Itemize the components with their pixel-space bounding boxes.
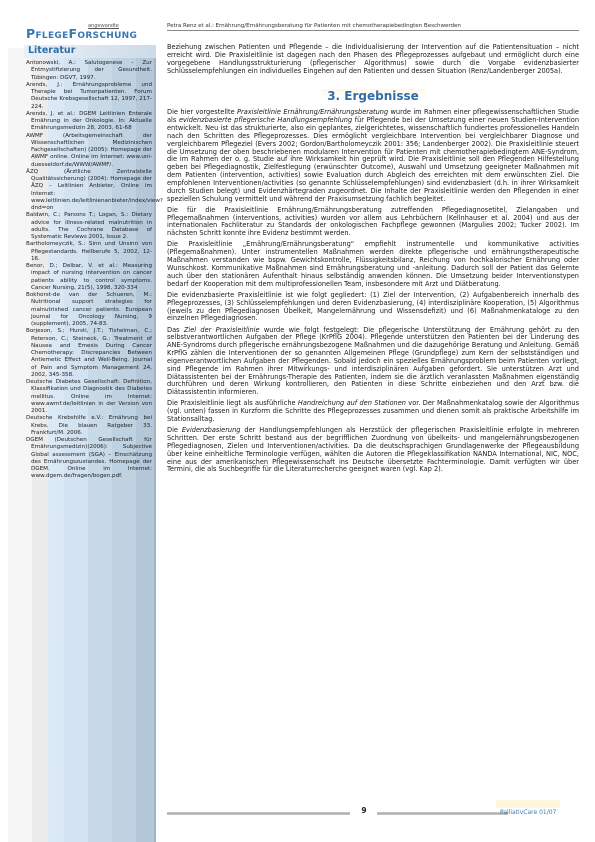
- brand-superscript: angewandte: [88, 23, 119, 29]
- paragraph: Die Praxisleitlinie „Ernährung/Ernährung…: [167, 241, 579, 288]
- text-run: Das: [167, 326, 184, 334]
- intro-paragraph: Beziehung zwischen Patienten und Pflegen…: [167, 44, 579, 75]
- reference-item: Deutsche Diabetes Gesellschaft: Definiti…: [26, 379, 152, 415]
- footer-rule-left: [167, 812, 350, 815]
- footer-rule-right: [377, 812, 508, 815]
- reference-item: Bartholomeyczik, S.: Sinn und Unsinn von…: [26, 241, 152, 263]
- reference-item: ÄZQ (Ärztliche Zentralstelle Qualitätssi…: [26, 169, 152, 213]
- paragraph: Die hier vorgestellte Praxisleitlinie Er…: [167, 109, 579, 203]
- emphasis: Praxisleitlinie Ernährung/Ernährungsbera…: [237, 108, 388, 116]
- running-head: Petra Renz et al.: Ernährung/Ernährungsb…: [167, 23, 579, 31]
- reference-item: AWMF (Arbeitsgemeinschaft der Wissenscha…: [26, 133, 152, 169]
- issue-tag-background: [496, 800, 560, 808]
- main-text: Beziehung zwischen Patienten und Pflegen…: [167, 44, 579, 478]
- reference-item: Arends, J.: Ernährungsprobleme und Thera…: [26, 82, 152, 111]
- literature-heading: Literatur: [28, 45, 75, 56]
- reference-item: DGEM (Deutschen Gesellschaft für Ernähru…: [26, 437, 152, 481]
- section-heading-text: 3. Ergebnisse: [321, 89, 425, 103]
- emphasis: Handreichung auf den Stationen: [298, 399, 406, 407]
- text-run: für Pflegende bei der Umsetzung einer ne…: [167, 116, 579, 202]
- reference-item: Benor, D.; Delbar, V. et al.: Measuring …: [26, 263, 152, 292]
- section-heading: 3. Ergebnisse: [167, 89, 579, 103]
- text-run: Die hier vorgestellte: [167, 108, 237, 116]
- issue-tag: PalliativCare 01/07: [500, 809, 556, 816]
- paragraph: Die evidenzbasierte Praxisleitlinie ist …: [167, 292, 579, 323]
- paragraph: Das Ziel der Praxisleitlinie wurde wie f…: [167, 327, 579, 398]
- journal-brand: angewandte PflegeForschung: [26, 26, 160, 41]
- paragraph: Die Praxisleitlinie liegt als ausführlic…: [167, 400, 579, 424]
- text-run: Die Praxisleitlinie liegt als ausführlic…: [167, 399, 298, 407]
- emphasis: Ziel der Praxisleitlinie: [184, 326, 260, 334]
- text-run: der Handlungsempfehlungen als Herzstück …: [167, 426, 579, 473]
- reference-item: Borjeson, S.; Hursti, J.T.; Tishelman, C…: [26, 328, 152, 379]
- reference-item: Bokhorst-de van der Schueren, M.: Nutrit…: [26, 292, 152, 328]
- text-run: Die: [167, 426, 182, 434]
- page-number: 9: [356, 806, 372, 815]
- reference-item: Antonowski, A.: Salutogenese – Zur Entmy…: [26, 60, 152, 82]
- text-run: wurde wie folgt festgelegt: Die pflegeri…: [167, 326, 579, 397]
- emphasis: Evidenzbasierung: [182, 426, 241, 434]
- emphasis: evidenzbasierte pflegerische Handlungsem…: [179, 116, 352, 124]
- paragraph: Die für die Praxisleitlinie Ernährung/Er…: [167, 207, 579, 238]
- reference-item: Arends, J. et al.: DGEM Leitlinien Enter…: [26, 111, 152, 133]
- reference-item: Baldwin, C.; Parsons T.; Logan, S.: Diet…: [26, 212, 152, 241]
- reference-list: Antonowski, A.: Salutogenese – Zur Entmy…: [26, 60, 152, 481]
- paragraph: Die Evidenzbasierung der Handlungsempfeh…: [167, 427, 579, 474]
- sidebar-edge: [154, 48, 156, 842]
- reference-item: Deutsche Krebshilfe e.V.: Ernährung bei …: [26, 415, 152, 437]
